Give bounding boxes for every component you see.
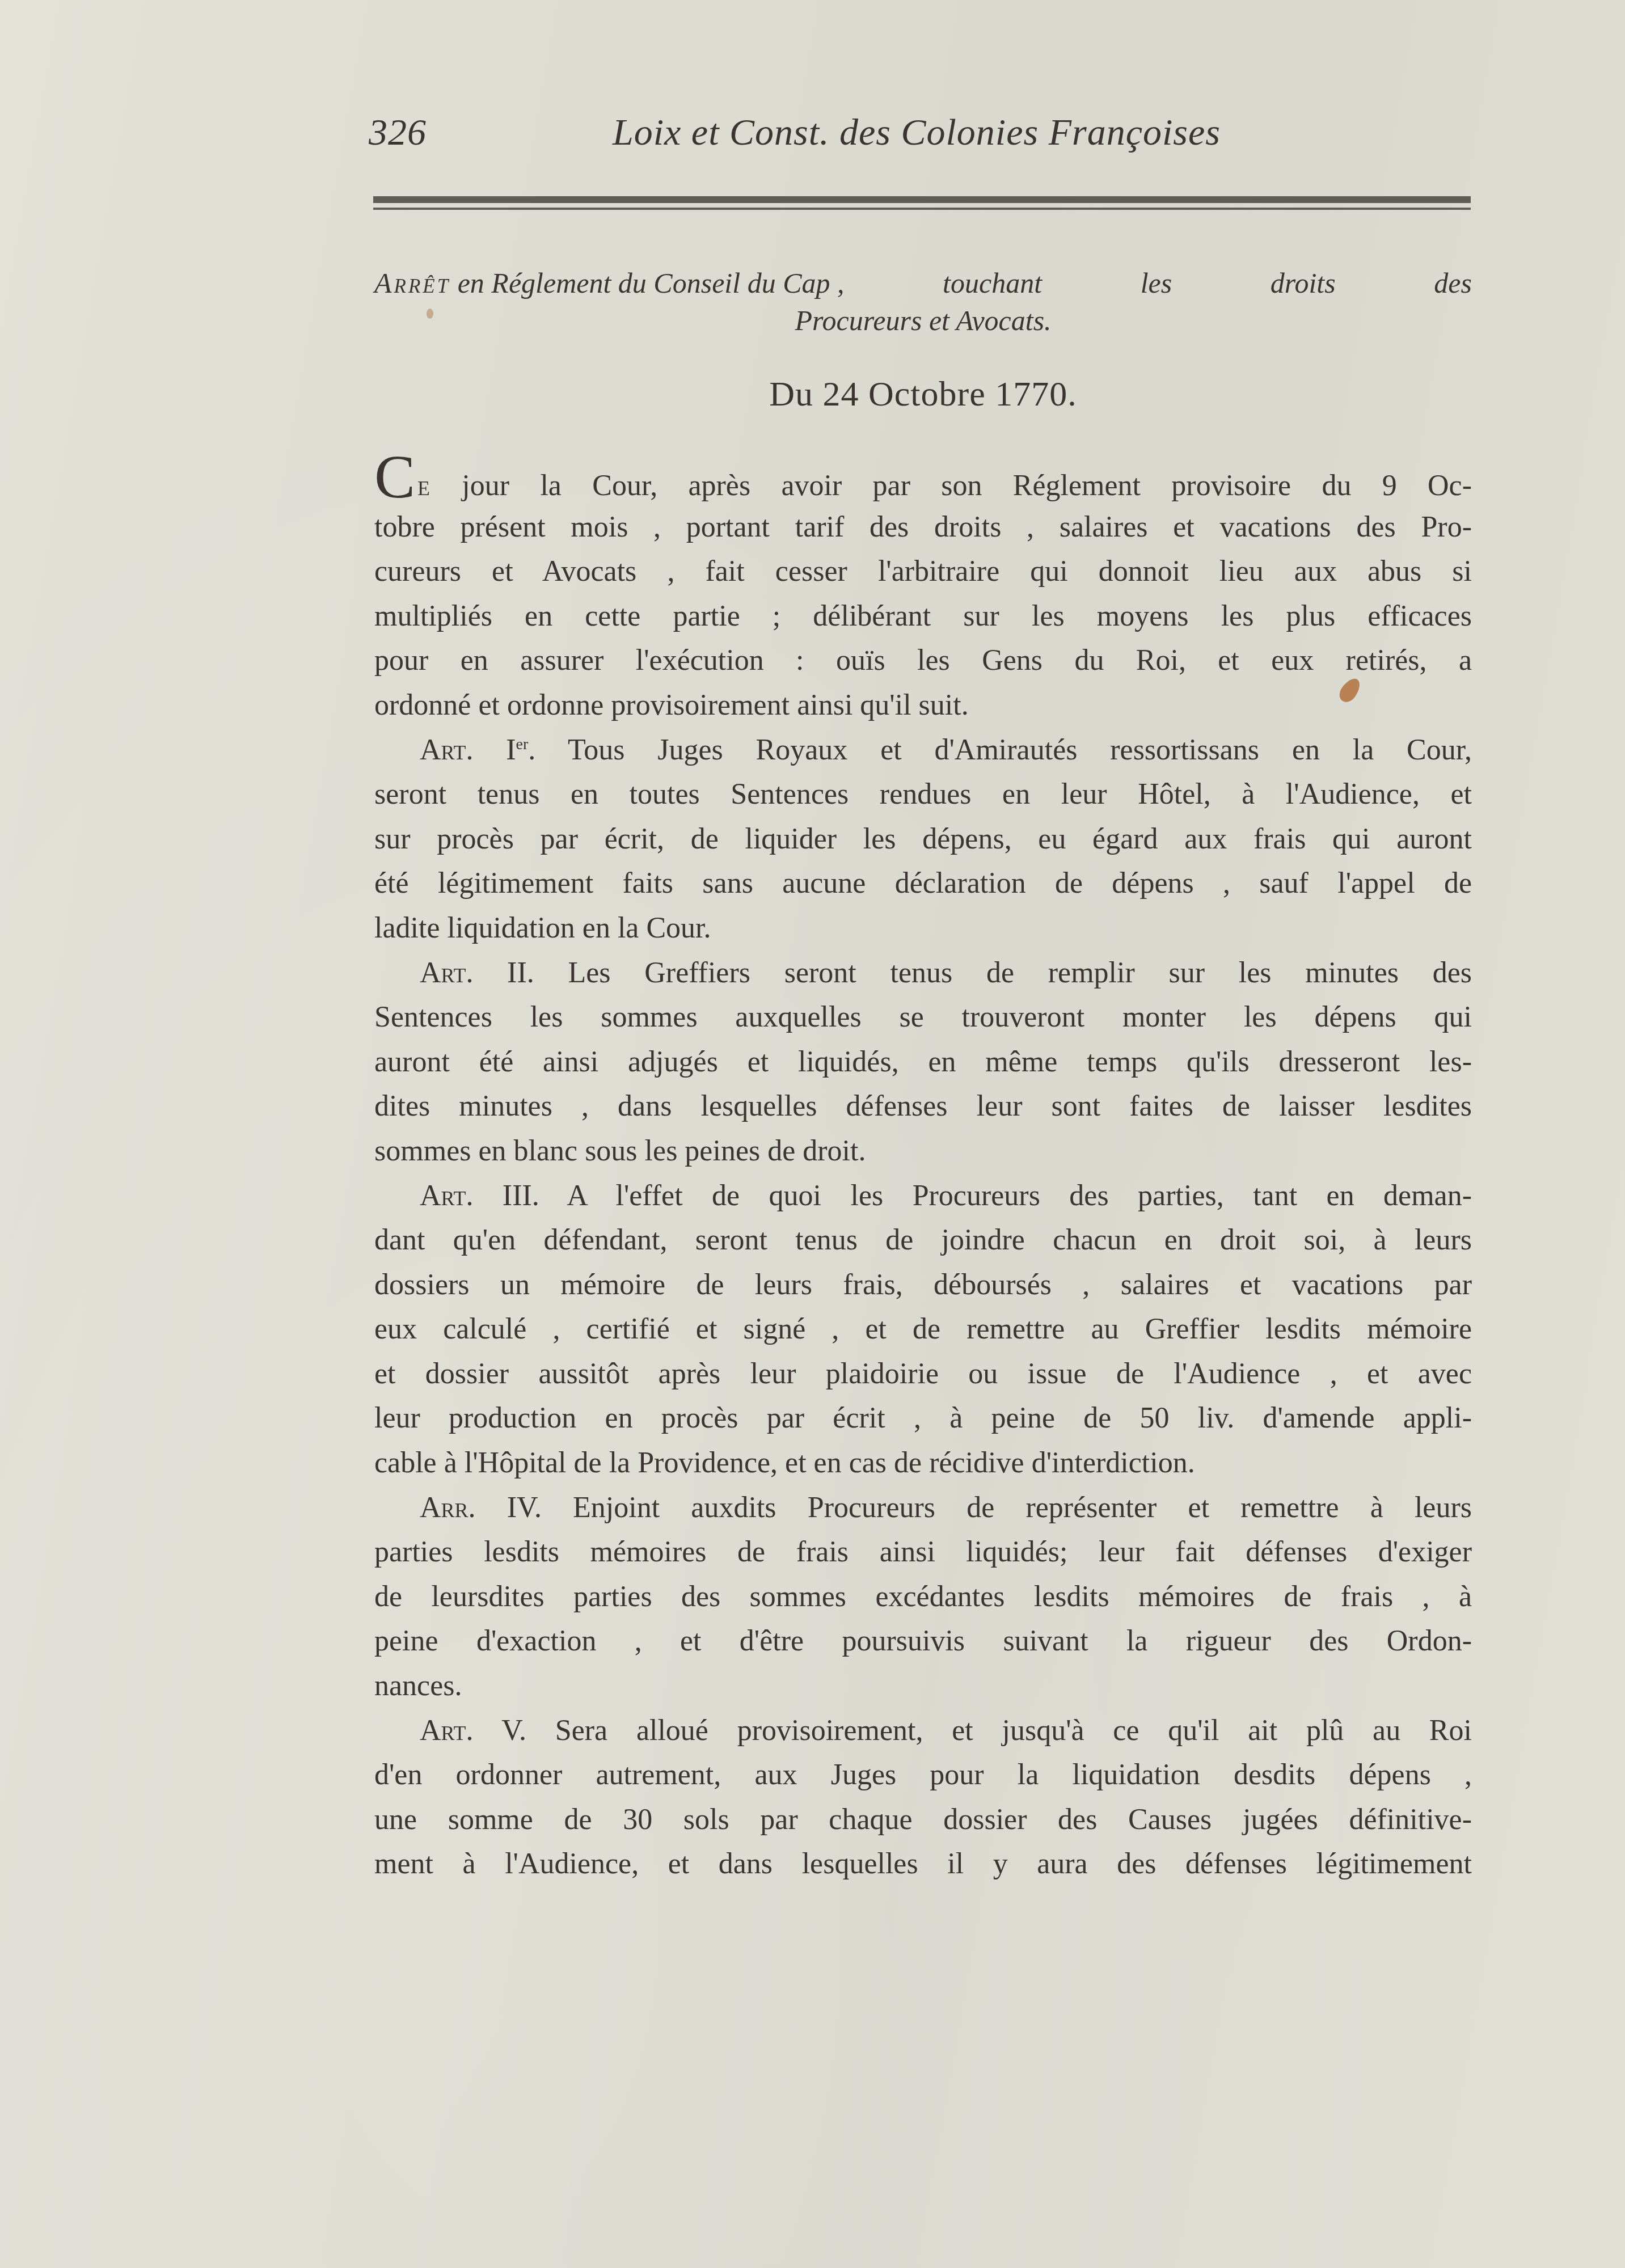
page-number: 326: [369, 111, 427, 154]
text-line: sur procès par écrit, de liquider les dé…: [374, 817, 1472, 862]
article-1: Art. Ier. Tous Juges Royaux et d'Amiraut…: [374, 728, 1472, 951]
text-line: ment à l'Audience, et dans lesquelles il…: [374, 1842, 1472, 1887]
article-label: Art. II.: [420, 957, 534, 989]
text-line: et dossier aussitôt après leur plaidoiri…: [374, 1352, 1472, 1397]
text-line: leur production en procès par écrit , à …: [374, 1396, 1472, 1441]
text-line: tobre présent mois , portant tarif des d…: [374, 505, 1472, 550]
drop-cap: C: [374, 444, 415, 511]
text-line: dites minutes , dans lesquelles défenses…: [374, 1084, 1472, 1129]
title-lead: Arrêt: [374, 267, 450, 299]
text-line: Sentences les sommes auxquelles se trouv…: [374, 995, 1472, 1040]
title-line-2: Procureurs et Avocats.: [374, 302, 1472, 339]
text-line: cureurs et Avocats , fait cesser l'arbit…: [374, 550, 1472, 594]
text-line: ordonné et ordonne provisoirement ainsi …: [374, 683, 1472, 728]
title-segment: droits: [1271, 264, 1336, 302]
title-segment: Arrêt en Réglement du Conseil du Cap ,: [374, 264, 845, 302]
small-cap: e: [417, 470, 431, 502]
header-rule: [373, 194, 1471, 213]
rule-thin: [373, 208, 1471, 210]
article-label: Art. V.: [420, 1714, 526, 1747]
text-line: nances.: [374, 1664, 1472, 1709]
title-segment: touchant: [943, 264, 1042, 302]
title-line-1: Arrêt en Réglement du Conseil du Cap , t…: [374, 264, 1472, 302]
text-line: auront été ainsi adjugés et liquidés, en…: [374, 1040, 1472, 1085]
text-line: Arr. IV. Enjoint auxdits Procureurs de r…: [374, 1486, 1472, 1531]
text-line: multipliés en cette partie ; délibérant …: [374, 594, 1472, 639]
article-label: Art. I: [420, 734, 516, 766]
text-line: de leursdites parties des sommes excédan…: [374, 1575, 1472, 1620]
intro-paragraph: Ce jour la Cour, après avoir par son Rég…: [374, 461, 1472, 728]
text-line: une somme de 30 sols par chaque dossier …: [374, 1798, 1472, 1843]
text-line: Art. Ier. Tous Juges Royaux et d'Amiraut…: [374, 728, 1472, 773]
article-2: Art. II. Les Greffiers seront tenus de r…: [374, 951, 1472, 1174]
article-label: Arr. IV.: [420, 1492, 542, 1524]
text-line: dossiers un mémoire de leurs frais, débo…: [374, 1263, 1472, 1308]
text-line: Art. III. A l'effet de quoi les Procureu…: [374, 1174, 1472, 1219]
article-5: Art. V. Sera alloué provisoirement, et j…: [374, 1709, 1472, 1887]
body-text: Ce jour la Cour, après avoir par son Rég…: [374, 461, 1472, 1887]
text-line: pour en assurer l'exécution : ouïs les G…: [374, 639, 1472, 683]
text-line: seront tenus en toutes Sentences rendues…: [374, 772, 1472, 817]
date-line: Du 24 Octobre 1770.: [374, 374, 1472, 415]
article-3: Art. III. A l'effet de quoi les Procureu…: [374, 1174, 1472, 1486]
text-line: Ce jour la Cour, après avoir par son Rég…: [374, 461, 1472, 505]
rule-thick: [373, 196, 1471, 203]
article-label: Art. III.: [420, 1180, 539, 1212]
document-title: Arrêt en Réglement du Conseil du Cap , t…: [374, 264, 1472, 339]
text-line: Art. V. Sera alloué provisoirement, et j…: [374, 1709, 1472, 1754]
text-line: dant qu'en défendant, seront tenus de jo…: [374, 1218, 1472, 1263]
text-line: sommes en blanc sous les peines de droit…: [374, 1129, 1472, 1174]
text-line: peine d'exaction , et d'être poursuivis …: [374, 1619, 1472, 1664]
paper-stain: [427, 309, 433, 319]
text-line: parties lesdits mémoires de frais ainsi …: [374, 1530, 1472, 1575]
text-line: d'en ordonner autrement, aux Juges pour …: [374, 1753, 1472, 1798]
title-segment: les: [1141, 264, 1172, 302]
title-segment: des: [1434, 264, 1472, 302]
article-4: Arr. IV. Enjoint auxdits Procureurs de r…: [374, 1486, 1472, 1709]
text-line: cable à l'Hôpital de la Providence, et e…: [374, 1441, 1472, 1486]
text-line: ladite liquidation en la Cour.: [374, 906, 1472, 951]
text-line: Art. II. Les Greffiers seront tenus de r…: [374, 951, 1472, 996]
running-head: 326 Loix et Const. des Colonies François…: [369, 111, 1475, 162]
text-line: eux calculé , certifié et signé , et de …: [374, 1307, 1472, 1352]
article-label-sup: er: [516, 735, 529, 753]
running-title: Loix et Const. des Colonies Françoises: [613, 111, 1221, 154]
text-line: été légitimement faits sans aucune décla…: [374, 861, 1472, 906]
